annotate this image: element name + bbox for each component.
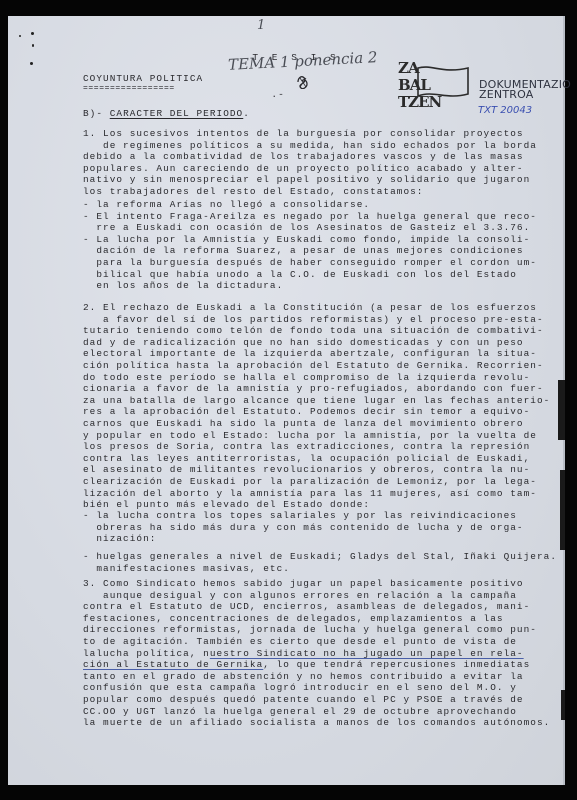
subheading: B)- CARACTER DEL PERIODO. xyxy=(83,108,250,120)
paper-speck xyxy=(30,62,33,65)
text-line: res a la aprobación del Estatuto. Podemo… xyxy=(83,406,550,418)
text-line: obreras ha sido más dura y con más conte… xyxy=(83,522,524,534)
paper-speck xyxy=(32,44,34,47)
text-line: CC.OO y UGT lanzó la huelga general el 2… xyxy=(83,706,550,718)
stamp-logo-line: BAL xyxy=(398,77,446,94)
paragraph-2-list-a: - la lucha contra los topes salariales y… xyxy=(83,510,524,545)
text-line: clearización de Euskadi por la paralizac… xyxy=(83,476,550,488)
paragraph-2: 2. El rechazo de Euskadi a la Constituci… xyxy=(83,302,550,511)
text-line: en los años de la dictadura. xyxy=(83,280,537,292)
subheading-prefix: B)- xyxy=(83,108,110,119)
stamp-logo-line: ZA xyxy=(398,60,446,77)
subheading-suffix: . xyxy=(243,108,250,119)
text-line: to de agitación. También es cierto que d… xyxy=(83,636,550,648)
text-line: manifestaciones masivas, etc. xyxy=(83,563,557,575)
text-line: 1. Los sucesivos intentos de la burguesí… xyxy=(83,128,537,140)
text-line: carnos que Euskadi ha sido la punta de l… xyxy=(83,418,550,430)
text-line: - La lucha por la Amnistía y Euskadi com… xyxy=(83,234,537,246)
text-line: lización del aborto y la amnistía para l… xyxy=(83,488,550,500)
text-line: - El intento Fraga-Areilza es negado por… xyxy=(83,211,537,223)
text-line: el asesinato de militantes revolucionari… xyxy=(83,464,550,476)
paragraph-1-list: - la reforma Arías no llegó a consolidar… xyxy=(83,199,537,292)
text-line: la muerte de un afiliado socialista a ma… xyxy=(83,717,550,729)
text-line: popular como después quedó patente cuand… xyxy=(83,694,550,706)
text-line: festaciones, concentraciones de delegado… xyxy=(83,613,550,625)
paragraph-2-list-b: - huelgas generales a nivel de Euskadi; … xyxy=(83,551,557,574)
text-line: - huelgas generales a nivel de Euskadi; … xyxy=(83,551,557,563)
text-line: para la burguesía después de haber conse… xyxy=(83,257,537,269)
section-title-rule: ================= xyxy=(83,83,175,95)
text-line: contra el Estatuto de UCD, encierros, as… xyxy=(83,601,550,613)
text-line: electoral importante de la izquierda abe… xyxy=(83,348,550,360)
text-line: do todo este período se halla el comprom… xyxy=(83,372,550,384)
text-line: populares. Aun careciendo de un proyecto… xyxy=(83,163,537,175)
text-line: dación de la reforma Suarez, a pesar de … xyxy=(83,245,537,257)
handwritten-underline: uestro Sindicato no ha jugado un papel e… xyxy=(210,648,524,659)
text-line: de regímenes políticos a su medida, han … xyxy=(83,140,537,152)
text-line: ción al Estatuto de Gernika, lo que tend… xyxy=(83,659,550,671)
scan-edge-mark xyxy=(560,470,565,550)
handwritten-page-number: 1 xyxy=(257,18,265,33)
text-line: tanto en el grado de abstención y no hem… xyxy=(83,671,550,683)
archive-stamp: ZA BAL TZEN DOKUMENTAZIO ZENTROA TXT 200… xyxy=(398,60,577,130)
text-line: los trabajadores del resto del Estado, c… xyxy=(83,186,537,198)
text-line: - la lucha contra los topes salariales y… xyxy=(83,510,524,522)
text-line: y popular en todo el Estado: lucha por l… xyxy=(83,430,550,442)
text-line: dad y de radicalización que no han sido … xyxy=(83,337,550,349)
stamp-logo-line: TZEN xyxy=(398,94,446,111)
paper-speck xyxy=(31,32,34,35)
scan-edge-mark xyxy=(561,690,565,720)
text-line: za una batalla de largo alcance que tien… xyxy=(83,395,550,407)
text-line: lalucha política, nuestro Sindicato no h… xyxy=(83,648,550,660)
text-line: 3. Como Sindicato hemos sabido jugar un … xyxy=(83,578,550,590)
text-line: ción política hasta la aprobación del Es… xyxy=(83,360,550,372)
text-line: 2. El rechazo de Euskadi a la Constituci… xyxy=(83,302,550,314)
stamp-name-line2: ZENTROA xyxy=(479,90,571,100)
paragraph-3: 3. Como Sindicato hemos sabido jugar un … xyxy=(83,578,550,729)
subheading-text: CARACTER DEL PERIODO xyxy=(110,108,244,119)
text-line: nativo y sin menospreciar el papel posit… xyxy=(83,174,537,186)
text-line: bién el punto más elevado del Estado don… xyxy=(83,499,550,511)
text-line: cionaria a favor de la amnistía y pro-re… xyxy=(83,383,550,395)
stamp-logo: ZA BAL TZEN xyxy=(398,60,446,118)
text-line: contra las leyes antiterroristas, la ocu… xyxy=(83,453,550,465)
text-line: tutario teniendo como telón de fondo tod… xyxy=(83,325,550,337)
text-line: aunque desigual y con algunos errores en… xyxy=(83,590,550,602)
text-line: - la reforma Arías no llegó a consolidar… xyxy=(83,199,537,211)
text-line: bilical que había unodo a la C.O. de Eus… xyxy=(83,269,537,281)
text-line: confusión que esta campaña logró introdu… xyxy=(83,682,550,694)
paragraph-1: 1. Los sucesivos intentos de la burguesí… xyxy=(83,128,537,198)
text-line: direcciones reformistas, jornada de luch… xyxy=(83,624,550,636)
archive-code: TXT 20043 xyxy=(478,105,532,116)
title-suffix: .- xyxy=(271,89,284,100)
text-line: debido a la combatividad de los trabajad… xyxy=(83,151,537,163)
handwritten-underline: ción al Estatuto de Gernika xyxy=(83,659,263,670)
scan-edge-mark xyxy=(558,380,565,440)
text-line: nización: xyxy=(83,533,524,545)
paper-speck xyxy=(19,35,21,37)
stamp-name: DOKUMENTAZIO ZENTROA xyxy=(479,80,571,100)
text-line: a favor del sí de los partidos reformist… xyxy=(83,314,550,326)
text-line: rre a Euskadi con ocasión de los Asesina… xyxy=(83,222,537,234)
text-line: los presos de Soria, contra las extradic… xyxy=(83,441,550,453)
